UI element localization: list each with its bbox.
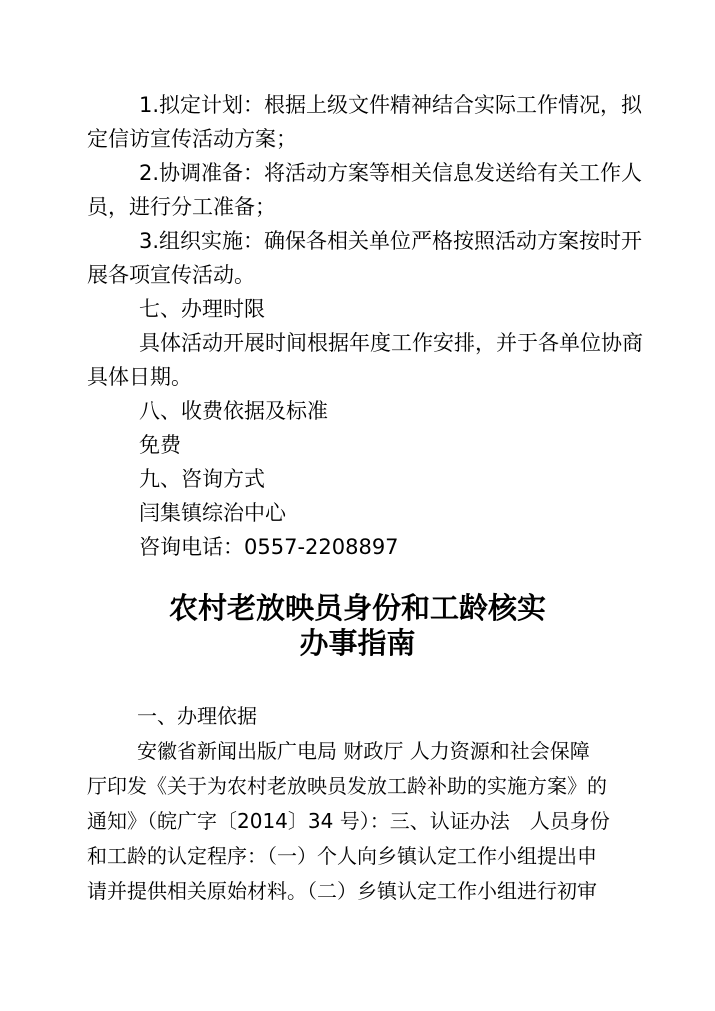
- heading-section-one: 一、办理依据: [87, 699, 628, 734]
- step-3-line-1: 3.组织实施：确保各相关单位严格按照活动方案按时开: [87, 224, 628, 258]
- deadline-line-2: 具体日期。: [87, 360, 628, 394]
- step-3-line-2: 展各项宣传活动。: [87, 258, 628, 292]
- basis-line-4: 和工龄的认定程序：（一）个人向乡镇认定工作小组提出申: [87, 839, 628, 874]
- step-2-line-1: 2.协调准备：将活动方案等相关信息发送给有关工作人: [87, 156, 628, 190]
- basis-line-1: 安徽省新闻出版广电局 财政厅 人力资源和社会保障: [87, 734, 628, 769]
- section-fees: 八、收费依据及标准 免费: [87, 394, 628, 462]
- step-1-line-1: 1.拟定计划：根据上级文件精神结合实际工作情况，拟: [87, 88, 628, 122]
- phone-line: 咨询电话：0557-2208897: [87, 530, 628, 564]
- heading-section-eight: 八、收费依据及标准: [87, 394, 628, 428]
- section-procedure-steps: 1.拟定计划：根据上级文件精神结合实际工作情况，拟 定信访宣传活动方案； 2.协…: [87, 88, 628, 292]
- document-title-line-1: 农村老放映员身份和工龄核实: [87, 591, 628, 626]
- section-deadline: 七、办理时限 具体活动开展时间根据年度工作安排，并于各单位协商 具体日期。: [87, 292, 628, 394]
- basis-line-2: 厅印发《关于为农村老放映员发放工龄补助的实施方案》的: [87, 769, 628, 804]
- section-legal-basis: 一、办理依据 安徽省新闻出版广电局 财政厅 人力资源和社会保障 厅印发《关于为农…: [87, 699, 628, 909]
- basis-line-3: 通知》（皖广字〔2014〕34 号）：三、认证办法 人员身份: [87, 804, 628, 839]
- document-title-line-2: 办事指南: [87, 626, 628, 661]
- basis-line-5: 请并提供相关原始材料。（二）乡镇认定工作小组进行初审: [87, 874, 628, 909]
- document-page: 1.拟定计划：根据上级文件精神结合实际工作情况，拟 定信访宣传活动方案； 2.协…: [0, 0, 715, 1011]
- fee-value: 免费: [87, 428, 628, 462]
- heading-section-seven: 七、办理时限: [87, 292, 628, 326]
- step-2-line-2: 员，进行分工准备；: [87, 190, 628, 224]
- deadline-line-1: 具体活动开展时间根据年度工作安排，并于各单位协商: [87, 326, 628, 360]
- document-title: 农村老放映员身份和工龄核实 办事指南: [87, 591, 628, 661]
- section-contact: 九、咨询方式 闫集镇综治中心 咨询电话：0557-2208897: [87, 462, 628, 564]
- step-1-line-2: 定信访宣传活动方案；: [87, 122, 628, 156]
- heading-section-nine: 九、咨询方式: [87, 462, 628, 496]
- office-name: 闫集镇综治中心: [87, 496, 628, 530]
